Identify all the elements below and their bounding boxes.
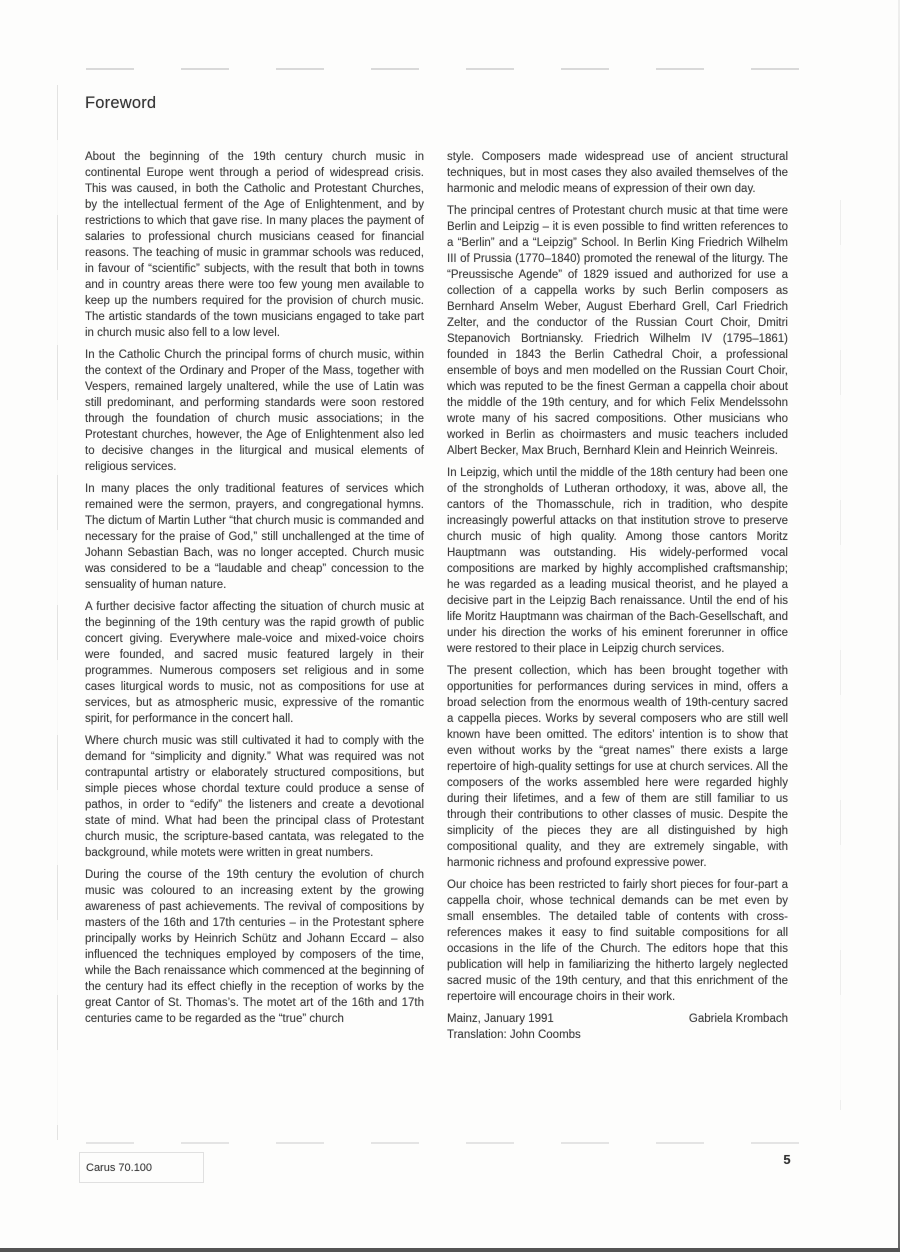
paragraph-berlin: The principal centres of Protestant chur… [447, 203, 788, 459]
scan-artifact-left-line [57, 85, 58, 1140]
paragraph-crisis: About the beginning of the 19th century … [85, 149, 424, 341]
scan-artifact-right-line [840, 200, 841, 1110]
scan-artifact-bottom-dashes [86, 1142, 801, 1144]
paragraph-traditional-features: In many places the only traditional feat… [85, 481, 424, 593]
paragraph-present-collection: The present collection, which has been b… [447, 663, 788, 871]
signature-place-date: Mainz, January 1991 [447, 1011, 554, 1027]
paragraph-style-continuation: style. Composers made widespread use of … [447, 149, 788, 197]
scan-artifact-top-dashes [86, 68, 801, 70]
paragraph-catholic-church: In the Catholic Church the principal for… [85, 347, 424, 475]
page-number: 5 [776, 1152, 798, 1167]
scanned-foreword-page: Foreword About the beginning of the 19th… [0, 0, 900, 1252]
paragraph-simplicity-dignity: Where church music was still cultivated … [85, 733, 424, 861]
paragraph-revival: During the course of the 19th century th… [85, 867, 424, 1027]
catalog-number-box: Carus 70.100 [79, 1152, 204, 1183]
paragraph-leipzig: In Leipzig, which until the middle of th… [447, 465, 788, 657]
paragraph-concert-giving: A further decisive factor affecting the … [85, 599, 424, 727]
catalog-number: Carus 70.100 [86, 1162, 152, 1174]
text-column-left: About the beginning of the 19th century … [85, 149, 424, 1033]
signature-translation: Translation: John Coombs [447, 1027, 788, 1043]
signature-row: Mainz, January 1991 Gabriela Krombach [447, 1011, 788, 1027]
signature-author: Gabriela Krombach [689, 1011, 788, 1027]
scan-edge-bottom [0, 1248, 900, 1252]
text-column-right: style. Composers made widespread use of … [447, 149, 788, 1049]
page-title: Foreword [85, 94, 156, 113]
paragraph-our-choice: Our choice has been restricted to fairly… [447, 877, 788, 1005]
